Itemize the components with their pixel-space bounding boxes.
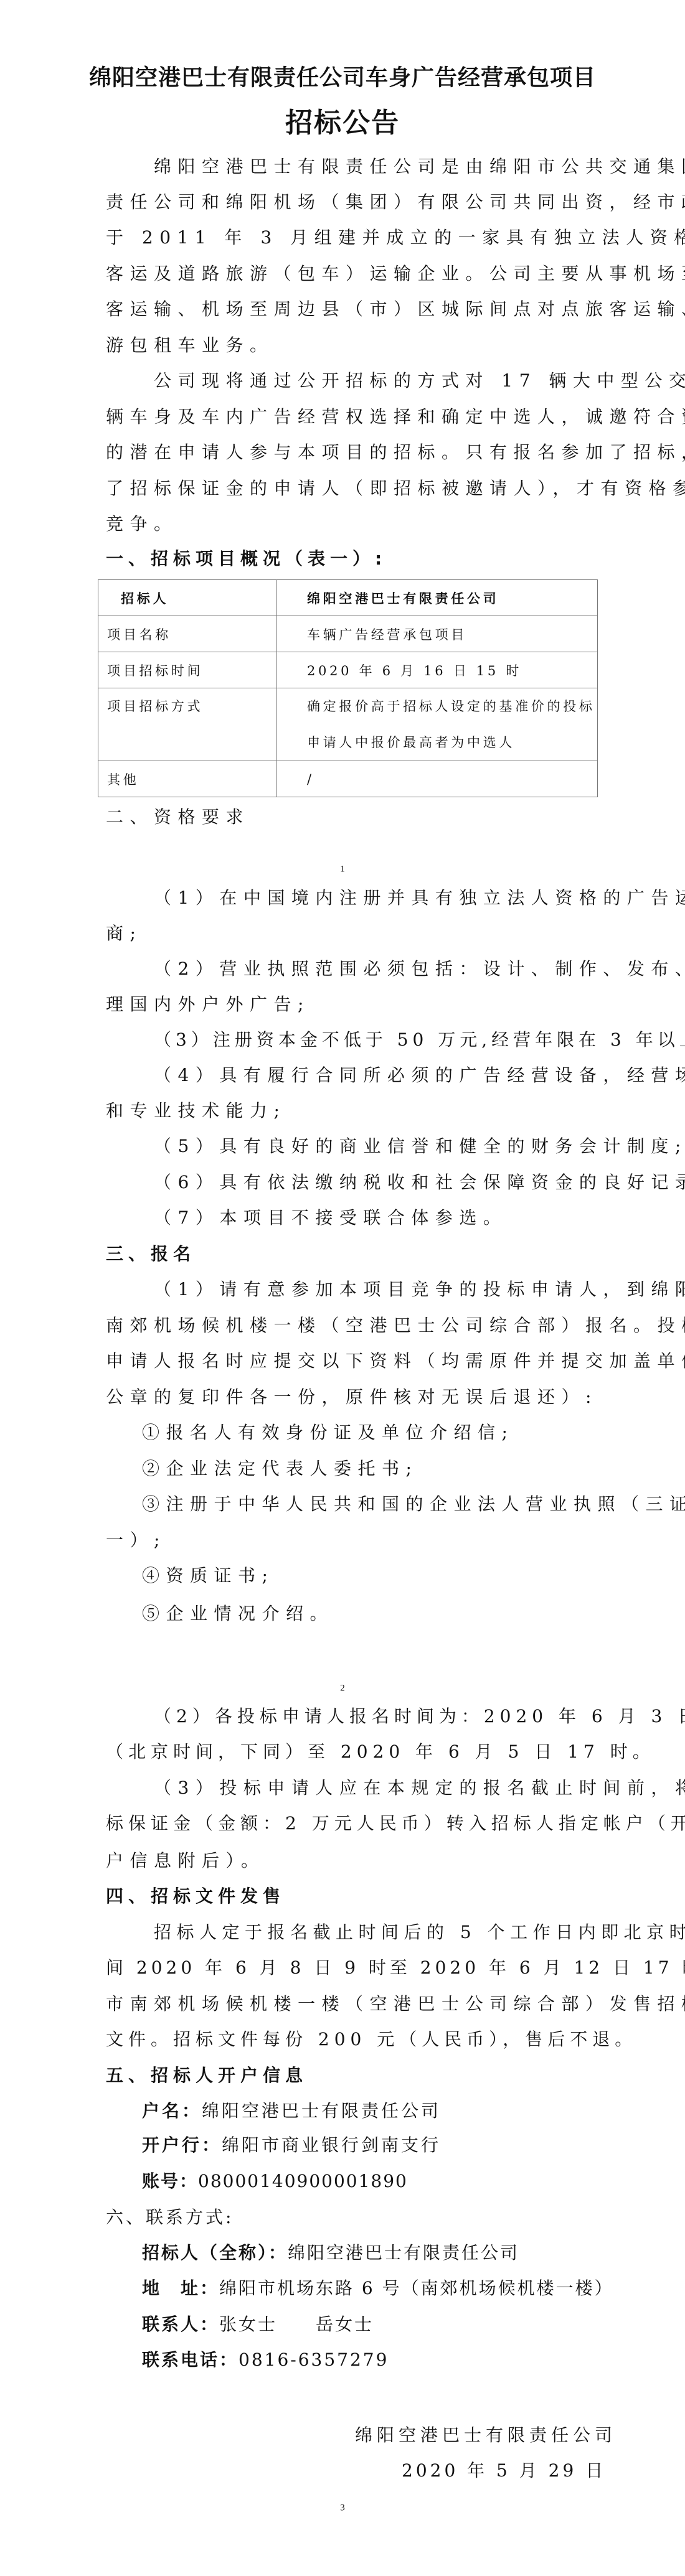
section-3-heading: 三、报名 <box>106 1244 196 1265</box>
list-item: ⑤企业情况介绍。 <box>142 1603 334 1624</box>
section-4-heading: 四、招标文件发售 <box>106 1886 285 1907</box>
table-cell-value: / <box>277 761 598 797</box>
table-row: 项目招标方式 确定报价高于招标人设定的基准价的投标 申请人中报价最高者为中选人 <box>98 688 598 761</box>
list-item: ①报名人有效身份证及单位介绍信; <box>142 1422 514 1443</box>
phone-row: 联系电话：0816-6357279 <box>142 2349 389 2371</box>
text-line: 申请人报名时应提交以下资料（均需原件并提交加盖单位 <box>106 1351 685 1372</box>
title-line-2: 招标公告 <box>0 100 685 140</box>
text-line: （1）请有意参加本项目竞争的投标申请人，到绵阳市 <box>154 1279 685 1300</box>
phone-label: 联系电话： <box>142 2349 239 2370</box>
text-line: 竞争。 <box>106 513 178 535</box>
account-number-row: 账号：08000140900001890 <box>142 2171 408 2192</box>
text-line: （北京时间，下同）至 2020 年 6 月 5 日 17 时。 <box>106 1741 655 1763</box>
list-item: （7）本项目不接受联合体参选。 <box>154 1207 507 1229</box>
text-line: 间 2020 年 6 月 8 日 9 时至 2020 年 6 月 12 日 17… <box>106 1957 685 1979</box>
account-number-label: 账号： <box>142 2171 198 2191</box>
section-6-heading: 六、联系方式: <box>106 2207 234 2228</box>
table-cell-label: 其他 <box>98 761 277 797</box>
section-2-heading: 二、资格要求 <box>106 807 250 828</box>
cell-text-line: 申请人中报价最高者为中选人 <box>307 724 597 761</box>
signature-company: 绵阳空港巴士有限责任公司 <box>355 2422 616 2447</box>
text-line: 绵阳空港巴士有限责任公司是由绵阳市公共交通集团有限 <box>154 156 685 177</box>
text-line: 户信息附后）。 <box>106 1850 265 1871</box>
list-item: （3）注册资本金不低于 50 万元,经营年限在 3 年以上; <box>154 1029 685 1051</box>
table-row: 项目名称 车辆广告经营承包项目 <box>98 616 598 652</box>
table-cell-value: 绵阳空港巴士有限责任公司 <box>277 580 598 616</box>
bank-label: 开户行： <box>142 2135 222 2155</box>
contact-label: 联系人： <box>142 2314 219 2335</box>
address-value: 绵阳市机场东路 6 号（南郊机场候机楼一楼） <box>219 2278 614 2298</box>
list-item-continuation: 和专业技术能力; <box>106 1100 286 1122</box>
table-row: 其他 / <box>98 761 598 797</box>
text-line: （3）投标申请人应在本规定的报名截止时间前，将投 <box>154 1777 685 1799</box>
list-item-continuation: 商; <box>106 923 142 944</box>
page-number: 3 <box>0 2503 685 2514</box>
table-cell-value: 车辆广告经营承包项目 <box>277 616 598 652</box>
table-cell-label: 项目名称 <box>98 616 277 652</box>
address-row: 地 址：绵阳市机场东路 6 号（南郊机场候机楼一楼） <box>142 2278 614 2299</box>
table-cell-label: 招标人 <box>98 580 277 616</box>
list-item-continuation: 一）; <box>106 1530 166 1551</box>
contact-person-row: 联系人：张女士 岳女士 <box>142 2314 374 2335</box>
account-name-value: 绵阳空港巴士有限责任公司 <box>202 2101 441 2121</box>
text-line: 的潜在申请人参与本项目的招标。只有报名参加了招标，并提交 <box>106 442 685 463</box>
text-line: 责任公司和绵阳机场（集团）有限公司共同出资，经市政府批准 <box>106 192 685 213</box>
cell-text-line: 确定报价高于招标人设定的基准价的投标 <box>307 688 597 724</box>
table-cell-label: 项目招标方式 <box>98 688 277 761</box>
list-item-continuation: 理国内外户外广告; <box>106 994 310 1015</box>
tenderer-label: 招标人（全称）： <box>142 2242 288 2263</box>
tenderer-value: 绵阳空港巴士有限责任公司 <box>288 2242 519 2263</box>
section-5-heading: 五、招标人开户信息 <box>106 2065 308 2086</box>
table-row: 项目招标时间 2020 年 6 月 16 日 15 时 <box>98 652 598 688</box>
text-line: 市南郊机场候机楼一楼（空港巴士公司综合部）发售招标 <box>106 1993 685 2015</box>
table-cell-label: 项目招标时间 <box>98 652 277 688</box>
text-line: 招标人定于报名截止时间后的 5 个工作日内即北京时 <box>154 1922 685 1943</box>
text-line: 于 2011 年 3 月组建并成立的一家具有独立法人资格的城市公交 <box>106 227 685 248</box>
table-cell-value: 2020 年 6 月 16 日 15 时 <box>277 652 598 688</box>
page-number: 2 <box>0 1684 685 1694</box>
bank-row: 开户行：绵阳市商业银行剑南支行 <box>142 2135 441 2156</box>
table-row: 招标人 绵阳空港巴士有限责任公司 <box>98 580 598 616</box>
tenderer-row: 招标人（全称）：绵阳空港巴士有限责任公司 <box>142 2242 519 2264</box>
account-name-label: 户名： <box>142 2101 202 2121</box>
signature-date: 2020 年 5 月 29 日 <box>402 2457 606 2482</box>
list-item: ②企业法定代表人委托书; <box>142 1458 418 1479</box>
text-line: 标保证金（金额：2 万元人民币）转入招标人指定帐户（开 <box>106 1813 685 1834</box>
contact-value: 张女士 岳女士 <box>219 2314 374 2335</box>
account-name-row: 户名：绵阳空港巴士有限责任公司 <box>142 2101 441 2122</box>
table-cell-value: 确定报价高于招标人设定的基准价的投标 申请人中报价最高者为中选人 <box>277 688 598 761</box>
list-item: （6）具有依法缴纳税收和社会保障资金的良好记录; <box>154 1172 685 1193</box>
text-line: 南郊机场候机楼一楼（空港巴士公司综合部）报名。投标 <box>106 1315 685 1336</box>
text-line: 了招标保证金的申请人（即招标被邀请人），才有资格参加招标 <box>106 478 685 499</box>
text-line: 客运输、机场至周边县（市）区城际间点对点旅客运输、市际旅 <box>106 299 685 320</box>
text-line: 文件。招标文件每份 200 元（人民币），售后不退。 <box>106 2029 637 2050</box>
bank-value: 绵阳市商业银行剑南支行 <box>222 2135 441 2155</box>
list-item: ④资质证书; <box>142 1565 274 1586</box>
list-item: （5）具有良好的商业信誉和健全的财务会计制度; <box>154 1136 685 1157</box>
address-label: 地 址： <box>142 2278 219 2298</box>
project-overview-table: 招标人 绵阳空港巴士有限责任公司 项目名称 车辆广告经营承包项目 项目招标时间 … <box>98 579 598 797</box>
text-line: 公章的复印件各一份，原件核对无误后退还）: <box>106 1387 598 1408</box>
account-number-value: 08000140900001890 <box>198 2171 408 2191</box>
list-item: （4）具有履行合同所必须的广告经营设备，经营场所 <box>154 1065 685 1086</box>
list-item: ③注册于中华人民共和国的企业法人营业执照（三证合 <box>142 1494 685 1515</box>
text-line: 客运及道路旅游（包车）运输企业。公司主要从事机场至城区旅 <box>106 263 685 284</box>
title-line-1: 绵阳空港巴士有限责任公司车身广告经营承包项目 <box>0 60 685 92</box>
phone-value: 0816-6357279 <box>239 2349 389 2370</box>
list-item: （1）在中国境内注册并具有独立法人资格的广告运营 <box>154 888 685 909</box>
section-1-heading: 一、招标项目概况（表一）: <box>106 548 387 569</box>
text-line: 公司现将通过公开招标的方式对 17 辆大中型公交版客运车 <box>154 370 685 391</box>
page-number: 1 <box>0 864 685 875</box>
text-line: 游包租车业务。 <box>106 335 274 356</box>
text-line: （2）各投标申请人报名时间为：2020 年 6 月 3 日 9 时 <box>154 1706 685 1727</box>
text-line: 辆车身及车内广告经营权选择和确定中选人，诚邀符合资格条件 <box>106 406 685 428</box>
list-item: （2）营业执照范围必须包括：设计、制作、发布、代 <box>154 958 685 980</box>
